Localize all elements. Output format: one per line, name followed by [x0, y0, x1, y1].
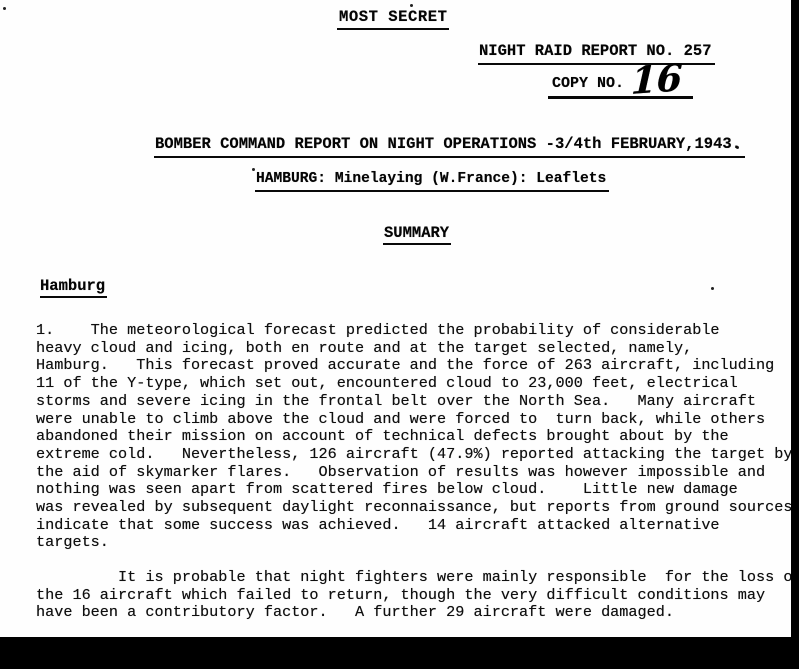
document-scan-page: MOST SECRET NIGHT RAID REPORT NO. 257 CO…: [0, 0, 799, 669]
report-subjects-subtitle: HAMBURG: Minelaying (W.France): Leaflets: [255, 171, 609, 192]
summary-section-heading: SUMMARY: [383, 224, 451, 245]
scan-right-black-edge: [791, 0, 799, 669]
handwritten-copy-number: 16: [630, 60, 683, 98]
copy-number-label: COPY NO.: [552, 75, 624, 92]
scan-bottom-black-bar: [0, 637, 799, 669]
classification-stamp: MOST SECRET: [337, 8, 449, 30]
paragraph-2: It is probable that night fighters were …: [36, 569, 796, 622]
report-main-title: BOMBER COMMAND REPORT ON NIGHT OPERATION…: [154, 135, 745, 158]
paragraph-1: 1. The meteorological forecast predicted…: [36, 322, 796, 552]
scan-speck: [3, 7, 6, 10]
scan-speck: [410, 4, 413, 7]
hamburg-subsection-heading: Hamburg: [40, 277, 107, 298]
copy-number-line: COPY NO. 16: [548, 62, 693, 99]
scan-speck: [711, 287, 714, 290]
